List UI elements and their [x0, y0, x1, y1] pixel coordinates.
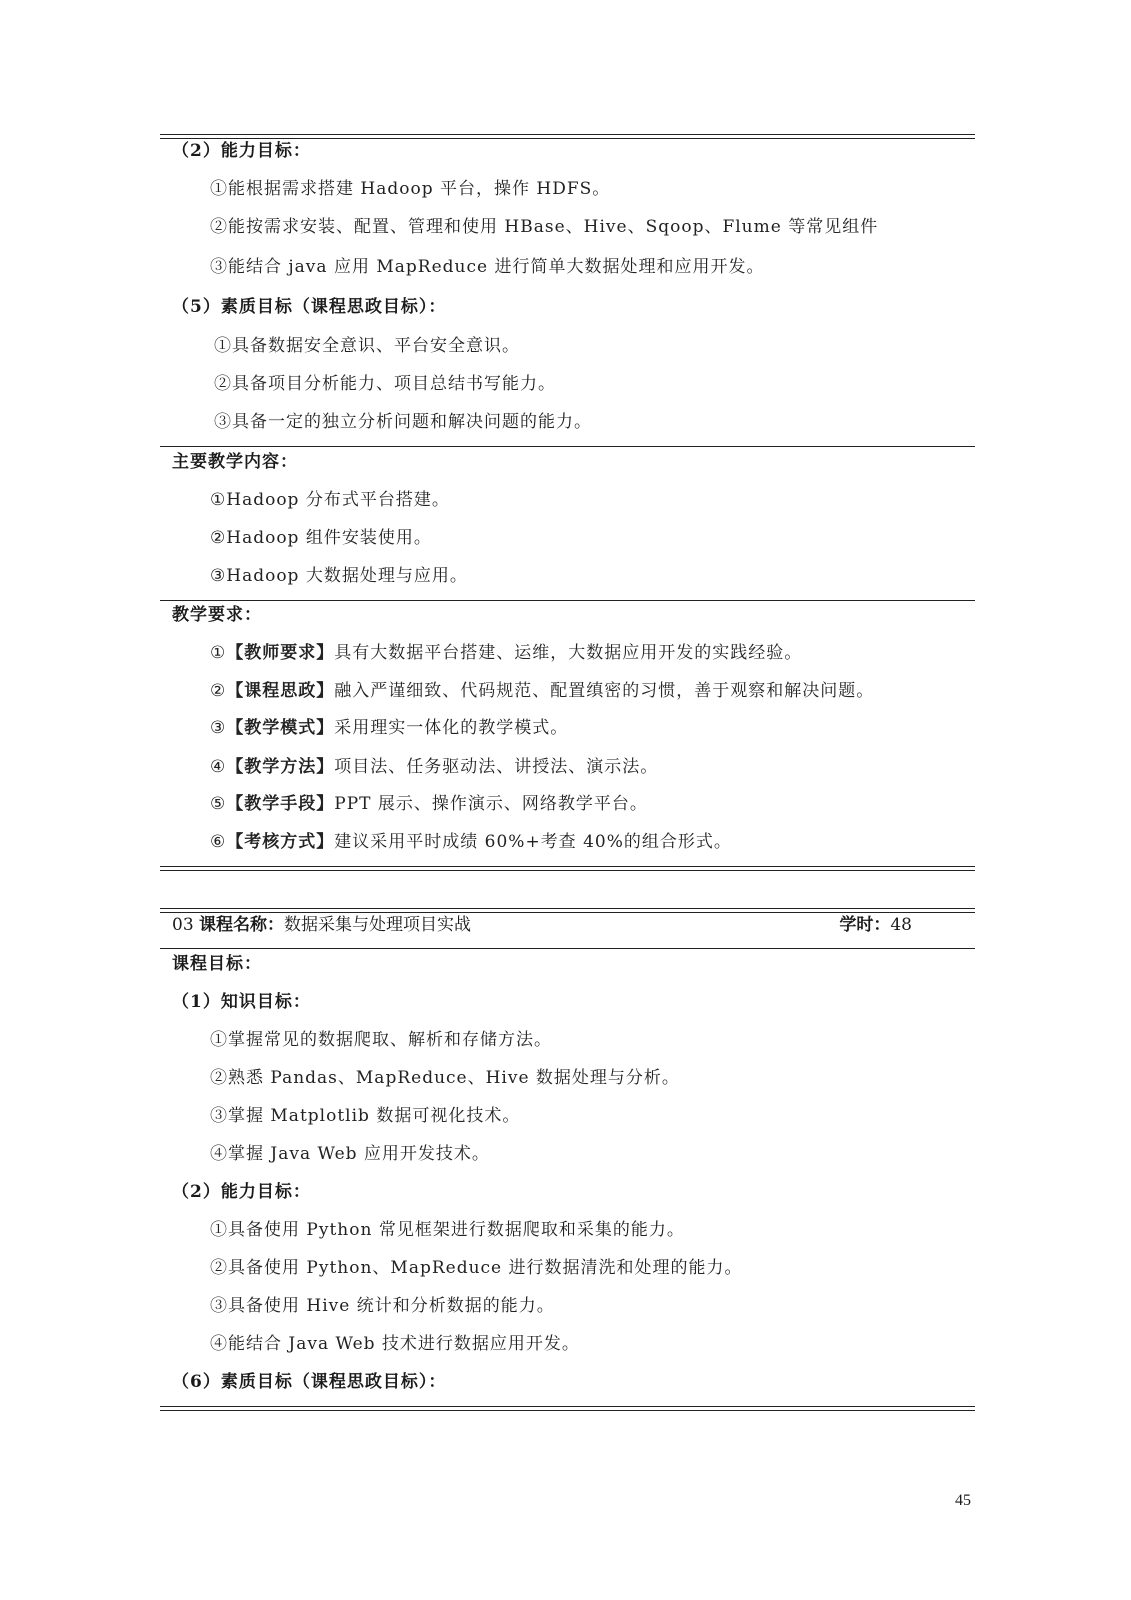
course-hours: 48 [890, 915, 912, 935]
requirement-tag: 【课程思政】 [226, 681, 334, 701]
knowledge-heading: （1）知识目标： [172, 991, 311, 1013]
requirement-text: 项目法、任务驱动法、讲授法、演示法。 [334, 757, 658, 777]
requirement-number: ③ [210, 718, 226, 738]
requirement-tag: 【考核方式】 [226, 832, 334, 852]
ability-item: ②具备使用 Python、MapReduce 进行数据清洗和处理的能力。 [210, 1257, 743, 1279]
content-heading: 主要教学内容： [172, 451, 298, 473]
content-item: ②Hadoop 组件安装使用。 [210, 527, 432, 549]
course-name: 数据采集与处理项目实战 [284, 915, 471, 935]
page-bottom-rule [160, 1406, 975, 1411]
requirement-item: ④【教学方法】项目法、任务驱动法、讲授法、演示法。 [210, 756, 658, 778]
requirement-item: ③【教学模式】采用理实一体化的教学模式。 [210, 717, 568, 739]
course-name-cell: 03 课程名称：数据采集与处理项目实战 [172, 914, 471, 936]
quality-item: ②具备项目分析能力、项目总结书写能力。 [214, 373, 556, 395]
knowledge-item: ③掌握 Matplotlib 数据可视化技术。 [210, 1105, 520, 1127]
ability-heading: （2）能力目标： [172, 140, 311, 162]
table-top-rule [160, 908, 975, 913]
quality-item: ③具备一定的独立分析问题和解决问题的能力。 [214, 411, 592, 433]
requirement-text: 采用理实一体化的教学模式。 [334, 718, 568, 738]
ability-item: ②能按需求安装、配置、管理和使用 HBase、Hive、Sqoop、Flume … [210, 216, 878, 238]
section-divider [160, 600, 975, 601]
page-number: 45 [955, 1492, 971, 1510]
ability-heading: （2）能力目标： [172, 1181, 311, 1203]
requirement-tag: 【教学模式】 [226, 718, 334, 738]
knowledge-item: ①掌握常见的数据爬取、解析和存储方法。 [210, 1029, 552, 1051]
requirement-text: 建议采用平时成绩 60%+考查 40%的组合形式。 [334, 832, 732, 852]
knowledge-item: ④掌握 Java Web 应用开发技术。 [210, 1143, 490, 1165]
requirement-number: ① [210, 643, 226, 663]
knowledge-item: ②熟悉 Pandas、MapReduce、Hive 数据处理与分析。 [210, 1067, 680, 1089]
quality-heading: （5）素质目标（课程思政目标）： [172, 296, 446, 318]
requirement-text: 融入严谨细致、代码规范、配置缜密的习惯，善于观察和解决问题。 [334, 681, 874, 701]
ability-item: ①能根据需求搭建 Hadoop 平台，操作 HDFS。 [210, 178, 610, 200]
requirement-number: ④ [210, 757, 226, 777]
ability-item: ④能结合 Java Web 技术进行数据应用开发。 [210, 1333, 580, 1355]
section-divider [160, 948, 975, 949]
ability-item: ①具备使用 Python 常见框架进行数据爬取和采集的能力。 [210, 1219, 685, 1241]
table-top-rule [160, 134, 975, 139]
requirement-item: ②【课程思政】融入严谨细致、代码规范、配置缜密的习惯，善于观察和解决问题。 [210, 680, 874, 702]
ability-item: ③能结合 java 应用 MapReduce 进行简单大数据处理和应用开发。 [210, 256, 764, 278]
section-divider [160, 446, 975, 447]
content-item: ③Hadoop 大数据处理与应用。 [210, 565, 468, 587]
requirement-tag: 【教师要求】 [226, 643, 334, 663]
requirement-text: 具有大数据平台搭建、运维，大数据应用开发的实践经验。 [334, 643, 802, 663]
requirement-item: ⑥【考核方式】建议采用平时成绩 60%+考查 40%的组合形式。 [210, 831, 732, 853]
requirement-text: PPT 展示、操作演示、网络教学平台。 [334, 794, 648, 814]
content-item: ①Hadoop 分布式平台搭建。 [210, 489, 450, 511]
table-bottom-rule [160, 866, 975, 871]
requirement-number: ⑥ [210, 832, 226, 852]
course-number: 03 [172, 915, 194, 935]
course-hours-cell: 学时：48 [839, 914, 912, 936]
requirement-tag: 【教学方法】 [226, 757, 334, 777]
course-title-row: 03 课程名称：数据采集与处理项目实战 学时：48 [172, 914, 912, 936]
requirement-item: ①【教师要求】具有大数据平台搭建、运维，大数据应用开发的实践经验。 [210, 642, 802, 664]
requirement-number: ⑤ [210, 794, 226, 814]
course-hours-label: 学时： [839, 915, 890, 935]
ability-item: ③具备使用 Hive 统计和分析数据的能力。 [210, 1295, 555, 1317]
quality-item: ①具备数据安全意识、平台安全意识。 [214, 335, 520, 357]
course-name-label: 课程名称： [199, 915, 284, 935]
requirements-heading: 教学要求： [172, 604, 262, 626]
document-page: （2）能力目标： ①能根据需求搭建 Hadoop 平台，操作 HDFS。 ②能按… [0, 0, 1131, 1600]
quality-heading: （6）素质目标（课程思政目标）： [172, 1371, 446, 1393]
requirement-number: ② [210, 681, 226, 701]
requirement-tag: 【教学手段】 [226, 794, 334, 814]
requirement-item: ⑤【教学手段】PPT 展示、操作演示、网络教学平台。 [210, 793, 648, 815]
objectives-heading: 课程目标： [172, 953, 262, 975]
